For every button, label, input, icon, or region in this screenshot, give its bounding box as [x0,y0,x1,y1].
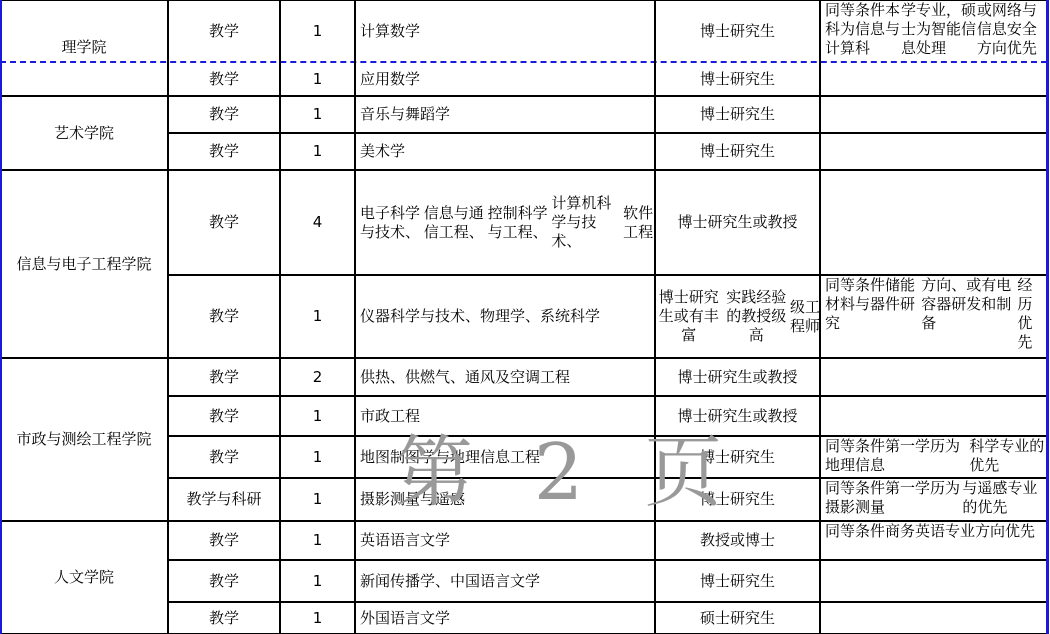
college-name-cell: 艺术学院 [0,96,168,170]
text-line: 物理学、 [480,307,540,326]
college-name-cell: 人文学院 [0,521,168,634]
grid-line-top [0,0,1047,1]
text-line: 科学专业的优先 [969,437,1047,475]
degree-requirement-cell: 博士研究生 [655,436,820,478]
text-line: 经历优先 [1017,276,1047,352]
text-line: 英语语言文学 [360,531,450,550]
degree-requirement-cell: 博士研究生或有丰富实践经验的教授级高级工程师 [655,275,820,358]
major-cell: 地图制图学与地理信息工程 [355,436,655,478]
text-line: 摄影测量与遥感 [360,490,465,509]
major-cell: 应用数学 [355,62,655,96]
headcount-cell: 1 [280,0,355,62]
headcount-cell: 1 [280,396,355,436]
position-type-cell: 教学 [168,96,280,133]
grid-line-h [168,395,1047,397]
notes-cell: 同等条件第一学历为摄影测量与遥感专业的优先 [820,478,1047,521]
headcount-cell: 1 [280,62,355,96]
major-cell: 美术学 [355,133,655,170]
text-line: 美术学 [360,142,405,161]
text-line: 供热、供燃气、通风及空调工程 [360,368,570,387]
grid-line-h [168,477,1047,479]
position-type-cell: 教学 [168,602,280,634]
text-line: 同等条件本科为信息与计算科 [825,1,901,58]
grid-line-h [168,435,1047,437]
college-name-cell: 理学院 [0,0,168,96]
text-line: 同等条件第一学历为摄影测量 [825,479,962,517]
major-cell: 摄影测量与遥感 [355,478,655,521]
text-line: 仪器科学与技术、 [360,307,480,326]
text-line: 信息与通信工程、 [424,204,488,242]
text-line: 计算数学 [360,22,420,41]
text-line: 学专业，硕士为智能信息处理 [901,1,977,58]
text-line: 博士研究生 [700,490,775,509]
grid-line-h [168,132,1047,134]
college-name-cell: 市政与测绘工程学院 [0,358,168,521]
text-line: 实践经验的教授级高 [723,288,791,345]
notes-cell: 同等条件商务英语专业方向优先 [820,521,1047,560]
position-type-cell: 教学 [168,396,280,436]
grid-line-h [168,274,1047,276]
major-cell: 计算数学 [355,0,655,62]
text-line: 博士研究生或教授 [677,368,797,387]
major-cell: 音乐与舞蹈学 [355,96,655,133]
grid-line-v [279,0,281,634]
degree-requirement-cell: 博士研究生 [655,560,820,602]
headcount-cell: 1 [280,436,355,478]
headcount-cell: 2 [280,358,355,396]
text-line: 博士研究生或有丰富 [655,288,723,345]
grid-line-h [168,559,1047,561]
text-line: 应用数学 [360,70,420,89]
major-cell: 市政工程 [355,396,655,436]
text-line: 音乐与舞蹈学 [360,105,450,124]
degree-requirement-cell: 博士研究生或教授 [655,396,820,436]
degree-requirement-cell: 博士研究生 [655,0,820,62]
grid-line-v [819,0,821,634]
grid-line-v [654,0,656,634]
text-line: 博士研究生或教授 [677,213,797,232]
major-cell: 新闻传播学、中国语言文学 [355,560,655,602]
degree-requirement-cell: 硕士研究生 [655,602,820,634]
page-break-line [0,61,1047,63]
notes-cell [820,170,1047,275]
text-line: 博士研究生 [700,70,775,89]
grid-line-h [0,169,1047,171]
text-line: 控制科学与工程、 [488,204,552,242]
text-line: 同等条件储能材料与器件研究 [825,276,921,333]
degree-requirement-cell: 教授或博士 [655,521,820,560]
text-line: 外国语言文学 [360,609,450,628]
text-line: 或网络与信息安全方向优先 [977,1,1047,58]
text-line: 中国语言文学 [450,572,540,591]
grid-line-v [167,0,169,634]
position-type-cell: 教学与科研 [168,478,280,521]
headcount-cell: 1 [280,133,355,170]
position-type-cell: 教学 [168,0,280,62]
recruitment-table: 教学1计算数学博士研究生同等条件本科为信息与计算科学专业，硕士为智能信息处理或网… [0,0,1050,634]
text-line: 与遥感专业的优先 [962,479,1047,517]
position-type-cell: 教学 [168,560,280,602]
degree-requirement-cell: 博士研究生 [655,96,820,133]
text-line: 博士研究生 [700,448,775,467]
headcount-cell: 1 [280,275,355,358]
text-line: 博士研究生 [700,22,775,41]
grid-line-h [0,520,1047,522]
position-type-cell: 教学 [168,436,280,478]
text-line: 系统科学 [540,307,600,326]
notes-cell [820,602,1047,634]
text-line: 硕士研究生 [700,609,775,628]
major-cell: 外国语言文学 [355,602,655,634]
text-line: 计算机科学与技术、 [551,194,623,251]
page-edge-right [1046,0,1049,634]
notes-cell [820,133,1047,170]
major-cell: 电子科学与技术、信息与通信工程、控制科学与工程、计算机科学与技术、软件工程 [355,170,655,275]
text-line: 博士研究生或教授 [677,407,797,426]
major-cell: 供热、供燃气、通风及空调工程 [355,358,655,396]
notes-cell [820,96,1047,133]
position-type-cell: 教学 [168,133,280,170]
text-line: 同等条件第一学历为地理信息 [825,437,969,475]
headcount-cell: 4 [280,170,355,275]
major-cell: 英语语言文学 [355,521,655,560]
text-line: 软件工程 [623,204,655,242]
text-line: 新闻传播学、 [360,572,450,591]
college-name-cell: 信息与电子工程学院 [0,170,168,358]
headcount-cell: 1 [280,96,355,133]
text-line: 同等条件商务英语专业方向优 [825,522,1020,541]
text-line: 地图制图学与地理信息工程 [360,448,540,467]
grid-line-h [168,601,1047,603]
degree-requirement-cell: 博士研究生或教授 [655,358,820,396]
headcount-cell: 1 [280,478,355,521]
grid-line-h [0,95,1047,97]
page-edge-left [0,0,2,634]
text-line: 博士研究生 [700,142,775,161]
text-line: 博士研究生 [700,105,775,124]
text-line: 级工程师 [790,298,820,336]
notes-cell: 同等条件储能材料与器件研究方向、或有电容器研发和制备经历优先 [820,275,1047,358]
notes-cell: 同等条件第一学历为地理信息科学专业的优先 [820,436,1047,478]
text-line: 市政工程 [360,407,420,426]
notes-cell [820,62,1047,96]
headcount-cell: 1 [280,521,355,560]
degree-requirement-cell: 博士研究生 [655,62,820,96]
grid-line-v [354,0,356,634]
headcount-cell: 1 [280,560,355,602]
position-type-cell: 教学 [168,62,280,96]
position-type-cell: 教学 [168,170,280,275]
major-cell: 仪器科学与技术、物理学、系统科学 [355,275,655,358]
text-line: 先 [1020,522,1035,541]
degree-requirement-cell: 博士研究生或教授 [655,170,820,275]
headcount-cell: 1 [280,602,355,634]
text-line: 电子科学与技术、 [360,204,424,242]
notes-cell [820,396,1047,436]
text-line: 教授或博士 [700,531,775,550]
notes-cell [820,560,1047,602]
degree-requirement-cell: 博士研究生 [655,478,820,521]
grid-line-h [0,357,1047,359]
notes-cell [820,358,1047,396]
notes-cell: 同等条件本科为信息与计算科学专业，硕士为智能信息处理或网络与信息安全方向优先 [820,0,1047,62]
text-line: 方向、或有电容器研发和制备 [921,276,1017,333]
degree-requirement-cell: 博士研究生 [655,133,820,170]
position-type-cell: 教学 [168,358,280,396]
position-type-cell: 教学 [168,521,280,560]
text-line: 博士研究生 [700,572,775,591]
position-type-cell: 教学 [168,275,280,358]
